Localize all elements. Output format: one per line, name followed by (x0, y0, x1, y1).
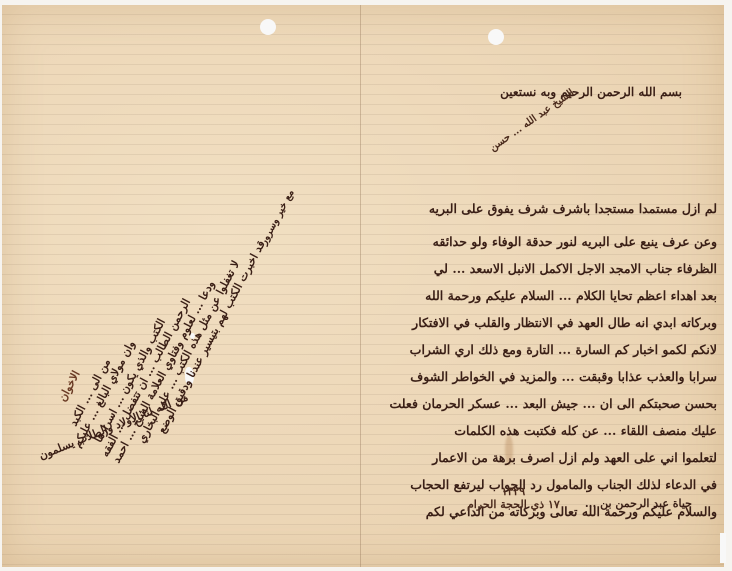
letter-line: بعد اهداء اعظم تحايا الكلام ... السلام ع… (387, 282, 717, 309)
letter-line: لانكم لكمو اخبار كم السارة ... التارة وم… (387, 336, 717, 363)
date-block: ١٣٢٩ ١٧ ذي الحجة الحرام (467, 485, 560, 511)
punch-hole-left (260, 19, 276, 35)
letter-line: سرابا والعذب عذابا وقبقت ... والمزيد في … (387, 363, 717, 390)
letter-sheet: بسم الله الرحمن الرحيم وبه نستعين الشيخ … (2, 5, 724, 567)
letter-line: لتعلموا اني على العهد ولم ازل اصرف برهة … (387, 444, 717, 471)
letter-line: الظرفاء جناب الامجد الاجل الاكمل الانبل … (387, 255, 717, 282)
letter-line: عليك منصف اللقاء ... عن كله فكتبت هذه ال… (387, 417, 717, 444)
date-year: ١٣٢٩ (467, 485, 560, 498)
punch-hole-right (488, 29, 504, 45)
right-page-main-letter: بسم الله الرحمن الرحيم وبه نستعين الشيخ … (387, 85, 722, 99)
letter-line: بحسن صحبتكم الى ان ... جيش البعد ... عسك… (387, 390, 717, 417)
marginal-header: مع خير وسرور (259, 188, 297, 247)
signature: حياة عبد الرحمن بن ... (585, 497, 692, 510)
left-page-postscript: مع خير وسرور قد اخبرت الكتب لهم بتيسير ع… (12, 65, 352, 485)
date-day-month: ١٧ ذي الحجة الحرام (467, 498, 560, 511)
letter-line: وبركاته ابدي انه طال العهد في الانتظار و… (387, 309, 717, 336)
center-fold-line (360, 5, 361, 567)
letter-body: لم ازل مستمدا مستجدا باشرف شرف يفوق على … (387, 195, 717, 525)
letter-line: لم ازل مستمدا مستجدا باشرف شرف يفوق على … (387, 195, 717, 222)
edge-damage-right (720, 533, 726, 563)
letter-line: وعن عرف ينبع على البريه لنور حدقة الوفاء… (387, 228, 717, 255)
